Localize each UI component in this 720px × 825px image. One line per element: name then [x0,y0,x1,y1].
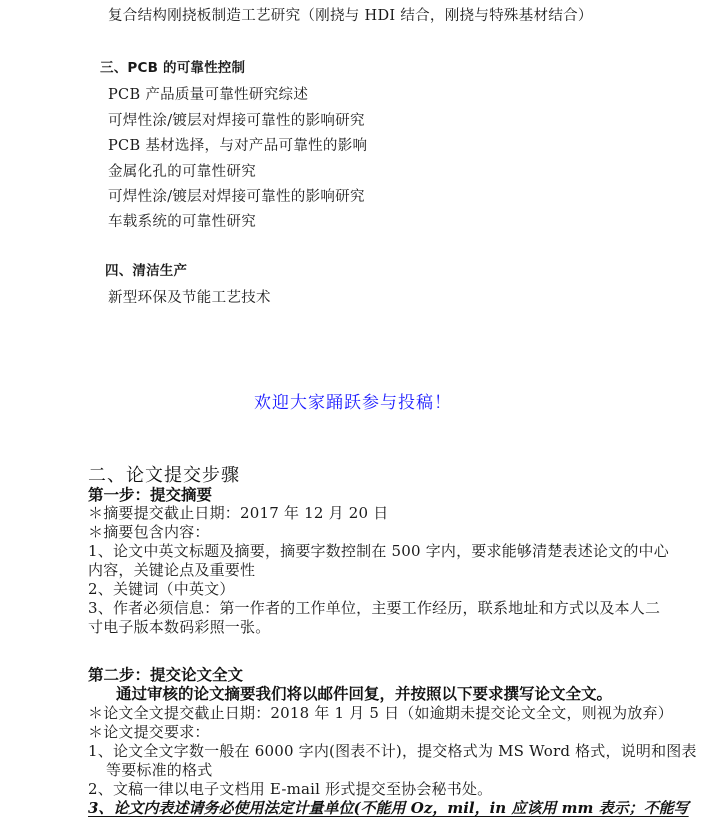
topic-rigid-flex-composite: 复合结构刚挠板制造工艺研究（刚挠与 HDI 结合，刚挠与特殊基材结合） [108,9,593,24]
fulltext-requirements-label: ＊论文提交要求： [88,725,210,740]
abstract-requirement: 寸电子版本数码彩照一张。 [88,620,270,635]
abstract-requirement: 3、作者必须信息：第一作者的工作单位，主要工作经历，联系地址和方式以及本人二 [88,601,660,616]
fulltext-requirement: 等要标准的格式 [106,763,212,778]
abstract-deadline: ＊摘要提交截止日期：2017 年 12 月 20 日 [88,506,388,521]
section-3-item: 金属化孔的可靠性研究 [108,165,256,180]
section-3-item: 车载系统的可靠性研究 [108,215,256,230]
abstract-requirement: 1、论文中英文标题及摘要，摘要字数控制在 500 字内，要求能够清楚表述论文的中… [88,544,669,559]
submission-section-title: 二、论文提交步骤 [88,467,240,485]
abstract-contents-label: ＊摘要包含内容： [88,525,210,540]
section-4-heading: 四、清洁生产 [105,265,187,279]
abstract-requirement: 2、关键词（中英文） [88,582,235,597]
section-3-heading: 三、PCB 的可靠性控制 [100,62,245,76]
section-4-item: 新型环保及节能工艺技术 [108,291,271,306]
fulltext-requirement: 1、论文全文字数一般在 6000 字内(图表不计)，提交格式为 MS Word … [88,744,697,759]
fulltext-deadline: ＊论文全文提交截止日期：2018 年 1 月 5 日（如逾期未提交论文全文，则视… [88,706,673,721]
welcome-banner: 欢迎大家踊跃参与投稿！ [254,395,452,412]
abstract-requirement: 内容，关键论点及重要性 [88,563,255,578]
step2-intro: 通过审核的论文摘要我们将以邮件回复，并按照以下要求撰写论文全文。 [116,687,612,703]
section-3-item: PCB 基材选择，与对产品可靠性的影响 [108,139,367,154]
section-3-item: 可焊性涂/镀层对焊接可靠性的影响研究 [108,114,365,129]
step2-title: 第二步：提交论文全文 [88,668,243,684]
section-3-item: PCB 产品质量可靠性研究综述 [108,88,308,103]
section-3-item: 可焊性涂/镀层对焊接可靠性的影响研究 [108,190,365,205]
fulltext-requirement-units: 3、论文内表述请务必使用法定计量单位(不能用 Oz，mil，in 应该用 mm … [88,801,689,816]
step1-title: 第一步：提交摘要 [88,488,212,504]
fulltext-requirement: 2、文稿一律以电子文档用 E-mail 形式提交至协会秘书处。 [88,782,492,797]
